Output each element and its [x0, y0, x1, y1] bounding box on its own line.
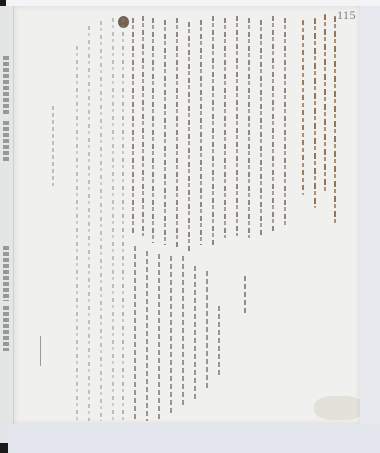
underline-stroke [40, 336, 41, 366]
handwriting-line [88, 26, 90, 421]
leaf-handwriting [3, 121, 9, 161]
scan-corner-marker [0, 443, 8, 453]
handwriting-line [170, 256, 172, 416]
handwriting-line [182, 256, 184, 406]
handwriting-line [52, 106, 54, 186]
handwriting-line [224, 18, 226, 238]
handwriting-line [152, 18, 154, 243]
handwriting-line [132, 18, 134, 233]
page-right-margin [360, 6, 380, 453]
handwriting-line [188, 22, 190, 252]
leaf-handwriting [3, 306, 9, 351]
handwriting-line [142, 16, 144, 236]
adjacent-leaf-edge [0, 6, 14, 443]
handwriting-line [272, 16, 274, 231]
scan-frame: 115 [0, 0, 380, 453]
paper-stain [314, 396, 360, 420]
handwriting-line [134, 246, 136, 421]
manuscript-page: 115 [14, 6, 360, 424]
handwriting-line [212, 16, 214, 246]
handwriting-line [314, 18, 316, 208]
folio-number: 115 [337, 8, 356, 23]
handwriting-line [100, 21, 102, 421]
handwriting-line [334, 16, 336, 226]
handwriting-signature [244, 276, 246, 316]
handwriting-line [76, 46, 78, 424]
leaf-handwriting [3, 56, 9, 116]
handwriting-line [164, 20, 166, 245]
leaf-handwriting [3, 246, 9, 301]
handwriting-line [194, 266, 196, 401]
handwriting-line [146, 251, 148, 421]
handwriting-line [324, 14, 326, 194]
handwriting-line [302, 20, 304, 195]
handwriting-line [112, 18, 114, 423]
handwriting-line [248, 18, 250, 238]
handwriting-line [218, 306, 220, 376]
handwriting-line [236, 16, 238, 236]
handwriting-line [260, 20, 262, 235]
handwriting-line [122, 18, 124, 423]
handwriting-line [206, 271, 208, 391]
handwriting-line [284, 18, 286, 228]
page-bottom-margin [8, 424, 380, 453]
handwriting-line [176, 18, 178, 248]
handwriting-line [158, 254, 160, 419]
handwriting-line [200, 20, 202, 245]
